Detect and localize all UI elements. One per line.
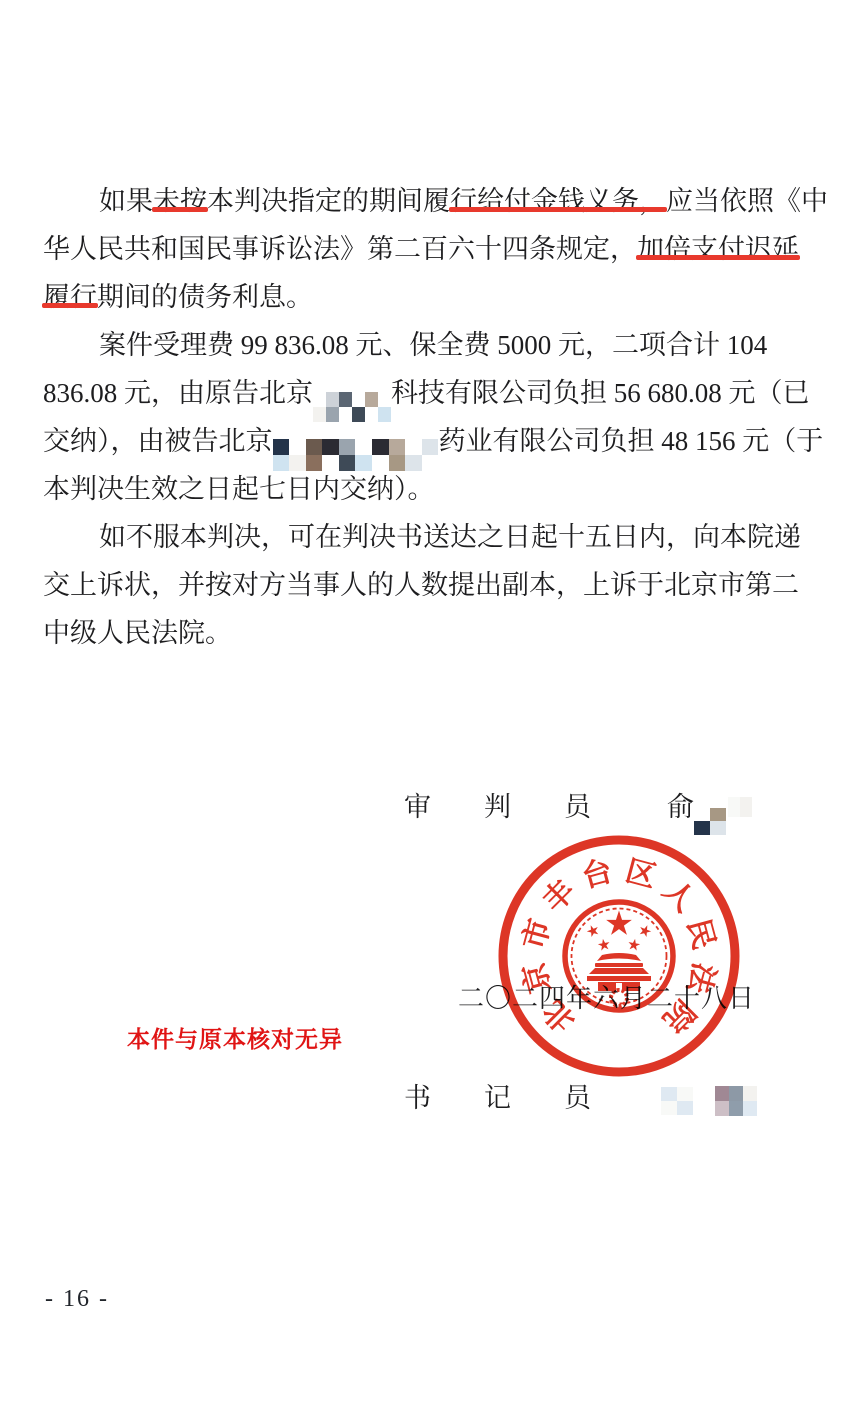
paragraph-court-fees: 案件受理费 99 836.08 元、保全费 5000 元，二项合计 104 83…: [43, 321, 828, 513]
svg-text:丰: 丰: [537, 874, 582, 919]
svg-text:民: 民: [681, 915, 721, 953]
underlined-text: 未按: [153, 186, 207, 216]
text-run: 中级人民法院。: [43, 618, 232, 648]
text-line: 836.08 元，由原告北京科技有限公司负担 56 680.08 元（已: [43, 369, 828, 417]
judgment-body: 如果未按本判决指定的期间履行给付金钱义务，应当依照《中 华人民共和国民事诉讼法》…: [43, 177, 828, 657]
text-line: 华人民共和国民事诉讼法》第二百六十四条规定，加倍支付迟延: [43, 225, 828, 273]
star-icon: [585, 923, 600, 938]
text-run: 华人民共和国民事诉讼法》第二百六十四条规定，: [43, 234, 637, 264]
page-number: - 16 -: [45, 1286, 109, 1313]
svg-text:北: 北: [537, 993, 582, 1038]
text-line: 本判决生效之日起七日内交纳）。: [43, 465, 828, 513]
redaction-mosaic-clerk-name: [661, 1087, 693, 1115]
svg-text:区: 区: [622, 855, 660, 895]
court-seal: 北 京 市 丰 台 区 人 民 法 院: [487, 824, 751, 1088]
document-page: 如果未按本判决指定的期间履行给付金钱义务，应当依照《中 华人民共和国民事诉讼法》…: [0, 0, 865, 1406]
judge-title-char: 员: [564, 793, 591, 821]
star-icon: [627, 938, 641, 951]
clerk-title-char: 员: [564, 1084, 591, 1112]
text-run: 如果: [99, 186, 153, 216]
svg-text:人: 人: [656, 874, 701, 919]
star-icon: [606, 911, 632, 935]
judge-title-char: 判: [484, 793, 511, 821]
svg-text:院: 院: [656, 993, 701, 1038]
svg-text:台: 台: [578, 855, 616, 895]
svg-text:市: 市: [518, 915, 558, 953]
paragraph-appeal-rights: 如不服本判决，可在判决书送达之日起十五日内，向本院递 交上诉状，并按对方当事人的…: [43, 513, 828, 657]
national-emblem: [565, 902, 673, 1010]
judge-title-char: 审: [404, 793, 431, 821]
text-run: 交上诉状，并按对方当事人的人数提出副本，上诉于北京市第二: [43, 570, 799, 600]
svg-text:京: 京: [517, 959, 558, 997]
text-line: 履行期间的债务利息。: [43, 273, 828, 321]
text-line: 如果未按本判决指定的期间履行给付金钱义务，应当依照《中: [43, 177, 828, 225]
text-line: 如不服本判决，可在判决书送达之日起十五日内，向本院递: [43, 513, 828, 561]
underlined-text: 履行: [43, 282, 97, 312]
verification-stamp-text: 本件与原本核对无异: [127, 1021, 343, 1054]
svg-text:法: 法: [681, 959, 721, 997]
paragraph-enforcement: 如果未按本判决指定的期间履行给付金钱义务，应当依照《中 华人民共和国民事诉讼法》…: [43, 177, 828, 321]
text-run: 科技有限公司负担 56 680.08 元（已: [391, 378, 810, 408]
judge-surname: 俞: [667, 792, 694, 822]
text-run: 本判决生效之日起七日内交纳）。: [43, 474, 435, 504]
judge-signature-row: 审 判 员: [404, 793, 591, 821]
text-run: 案件受理费 99 836.08 元、保全费 5000 元，二项合计 104: [99, 330, 767, 360]
underlined-text: 加倍支付迟延: [637, 234, 799, 264]
star-icon: [597, 938, 611, 951]
text-run: 交纳），由被告北京: [43, 426, 273, 456]
clerk-signature-row: 书 记 员: [404, 1084, 591, 1112]
text-run: 本判决指定的期间履: [207, 186, 450, 216]
star-icon: [638, 923, 653, 938]
text-line: 中级人民法院。: [43, 609, 828, 657]
text-run: 药业有限公司负担 48 156 元（于: [439, 426, 824, 456]
text-run: 期间的债务利息。: [97, 282, 313, 312]
underlined-text: 行给付金钱义务，: [450, 186, 666, 216]
text-run: 如不服本判决，可在判决书送达之日起十五日内，向本院递: [99, 522, 801, 552]
text-line: 交纳），由被告北京药业有限公司负担 48 156 元（于: [43, 417, 828, 465]
text-line: 交上诉状，并按对方当事人的人数提出副本，上诉于北京市第二: [43, 561, 828, 609]
text-line: 案件受理费 99 836.08 元、保全费 5000 元，二项合计 104: [43, 321, 828, 369]
redaction-mosaic-clerk-name: [715, 1086, 757, 1116]
redaction-mosaic-judge-name: [728, 797, 752, 817]
clerk-title-char: 记: [484, 1084, 511, 1112]
clerk-title-char: 书: [404, 1084, 431, 1112]
tiananmen-silhouette: [587, 953, 651, 991]
text-run: 应当依照《中: [666, 186, 828, 216]
text-run: 836.08 元，由原告北京: [43, 378, 313, 408]
